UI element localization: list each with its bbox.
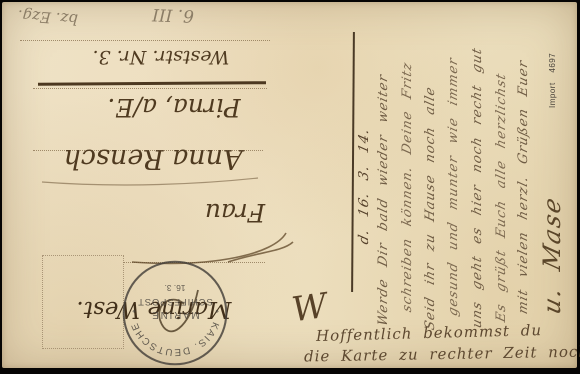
message-column: Seid ihr zu Hause noch alle [423,28,443,333]
message-column: gesund und munter wie immer [446,28,466,319]
message-date: d. 16. 3. 14. [356,132,376,247]
stamp-box [42,255,124,349]
marine-postmark: KAIS. DEUTSCHE * * MARINE SCHIFFSPOST 16… [116,258,234,368]
postmark-line1: MARINE [150,309,199,320]
postmark-star-left: * [215,304,219,314]
postmark-star-right: * [132,304,136,314]
postcard-back: bz. Ezg. 6. III Weststr. Nr. 3. Pirna, a… [2,2,577,368]
message-initial: W [289,286,329,330]
postmark-line2: SCHIFFSPOST [137,297,212,307]
postmark-date: 16. 3. [165,283,186,293]
message-column: schreiben können. Deine Fritz [400,28,420,315]
postcard-scan: bz. Ezg. 6. III Weststr. Nr. 3. Pirna, a… [0,0,580,374]
message-column: Werde Dir bald wieder weiter [376,26,396,329]
message-column: Es grüßt Euch alle herzlichst [494,28,514,325]
message-column: uns geht es hier noch recht gut [470,28,490,331]
import-number: Import 4697 [548,32,568,108]
message-column: mit vielen herzl. Grüßen Euer [516,28,536,317]
